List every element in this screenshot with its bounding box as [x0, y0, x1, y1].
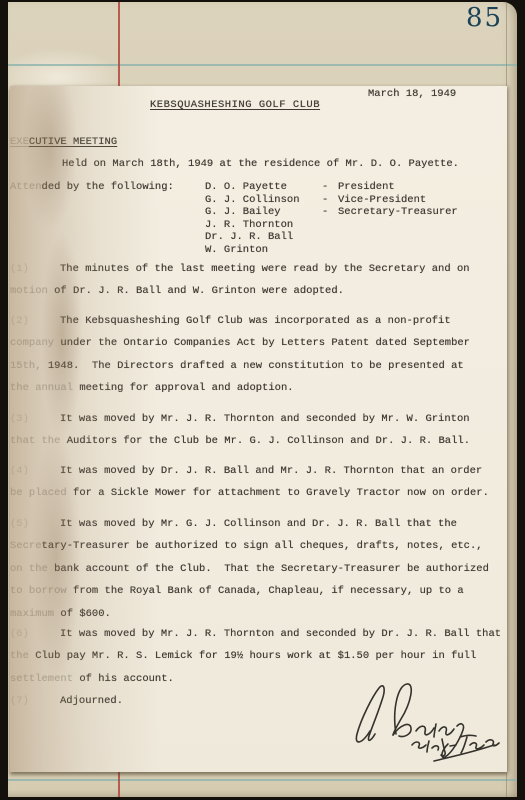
minute-line: (3)It was moved by Mr. J. R. Thornton an… — [10, 408, 507, 430]
minute-item: (4)It was moved by Dr. J. R. Ball and Mr… — [10, 460, 507, 505]
page-number: 85 — [466, 3, 503, 33]
line-text: of $600. — [54, 608, 111, 620]
faded-text: the annual — [10, 382, 73, 394]
margin-number: (6) — [10, 623, 29, 645]
line-text: of his account. — [73, 673, 174, 685]
faded-text: settlement — [10, 673, 73, 685]
minute-line: motion of Dr. J. R. Ball and W. Grinton … — [10, 280, 507, 302]
minute-line: maximum of $600. — [10, 603, 507, 625]
faded-text: motion — [10, 285, 48, 297]
line-text: tary-Treasurer be authorized to sign all… — [42, 540, 483, 552]
faded-text: that the — [10, 435, 60, 447]
line-text: It was moved by Mr. J. R. Thornton and s… — [60, 628, 501, 640]
attendee-row: W. Grinton — [205, 244, 458, 257]
faded-text: Secre — [10, 540, 42, 552]
attendee-dash: - — [322, 206, 338, 219]
intro-line: Held on March 18th, 1949 at the residenc… — [62, 158, 459, 171]
margin-number: (2) — [10, 310, 29, 332]
attendees-label: Attended by the following: — [10, 181, 174, 194]
faded-text: be placed — [10, 487, 67, 499]
margin-number: (7) — [10, 690, 29, 712]
minute-line: on the bank account of the Club. That th… — [10, 558, 507, 580]
attendee-role: Vice-President — [338, 194, 426, 206]
line-text: bank account of the Club. That the Secre… — [48, 563, 489, 575]
faded-text: 15th, — [10, 360, 42, 372]
scanned-minute-book: { "page_number": "85", "date": "March 18… — [0, 0, 525, 800]
minute-line: (1)The minutes of the last meeting were … — [10, 258, 507, 280]
line-text: of Dr. J. R. Ball and W. Grinton were ad… — [48, 285, 344, 297]
minute-line: to borrow from the Royal Bank of Canada,… — [10, 580, 507, 602]
minute-item: (2)The Kebsquasheshing Golf Club was inc… — [10, 310, 507, 400]
line-text: Adjourned. — [60, 695, 123, 707]
heading-visible-part: CUTIVE MEETING — [29, 136, 117, 148]
attendee-name: G. J. Collinson — [205, 194, 322, 207]
document-title: KEBSQUASHESHING GOLF CLUB — [150, 99, 320, 112]
minute-line: the Club pay Mr. R. S. Lemick for 19½ ho… — [10, 645, 507, 667]
attendee-row: Dr. J. R. Ball — [205, 231, 458, 244]
line-text: It was moved by Dr. J. R. Ball and Mr. J… — [60, 465, 482, 477]
signature-name-path — [356, 684, 463, 757]
line-text: Club pay Mr. R. S. Lemick for 19½ hours … — [29, 650, 476, 662]
typed-sheet: March 18, 1949 KEBSQUASHESHING GOLF CLUB… — [10, 86, 507, 772]
faded-text: on the — [10, 563, 48, 575]
minute-line: that the Auditors for the Club be Mr. G.… — [10, 430, 507, 452]
attendee-row: D. O. Payette-President — [205, 181, 458, 194]
line-text: The minutes of the last meeting were rea… — [60, 263, 470, 275]
ruled-line-bottom — [8, 779, 517, 781]
attendee-row: G. J. Collinson-Vice-President — [205, 194, 458, 207]
minute-line: 15th, 1948. The Directors drafted a new … — [10, 355, 507, 377]
line-text: The Kebsquasheshing Golf Club was incorp… — [60, 315, 451, 327]
minute-item: (5)It was moved by Mr. G. J. Collinson a… — [10, 513, 507, 625]
ruled-line-top — [8, 64, 517, 66]
faded-text: to borrow — [10, 585, 67, 597]
signature-title-path — [412, 735, 499, 761]
attendee-dash: - — [322, 194, 338, 207]
minute-line: Secretary-Treasurer be authorized to sig… — [10, 535, 507, 557]
margin-number: (5) — [10, 513, 29, 535]
attendee-name: Dr. J. R. Ball — [205, 231, 322, 244]
faded-text: maximum — [10, 608, 54, 620]
faded-text: company — [10, 337, 54, 349]
attendee-name: J. R. Thornton — [205, 219, 322, 232]
minute-line: (2)The Kebsquasheshing Golf Club was inc… — [10, 310, 507, 332]
attendee-role: President — [338, 181, 395, 193]
meeting-date: March 18, 1949 — [368, 88, 456, 101]
attendee-dash: - — [322, 181, 338, 194]
minute-line: (6)It was moved by Mr. J. R. Thornton an… — [10, 623, 507, 645]
minute-item: (3)It was moved by Mr. J. R. Thornton an… — [10, 408, 507, 453]
line-text: under the Ontario Companies Act by Lette… — [54, 337, 470, 349]
section-heading: EXECUTIVE MEETING — [10, 136, 117, 149]
faded-text: the — [10, 650, 29, 662]
attendee-row: J. R. Thornton — [205, 219, 458, 232]
line-text: 1948. The Directors drafted a new consti… — [42, 360, 464, 372]
attendees-label-faded: Atten — [10, 181, 42, 193]
attendee-name: D. O. Payette — [205, 181, 322, 194]
attendee-name: G. J. Bailey — [205, 206, 322, 219]
minute-line: company under the Ontario Companies Act … — [10, 332, 507, 354]
line-text: It was moved by Mr. G. J. Collinson and … — [60, 518, 457, 530]
margin-number: (4) — [10, 460, 29, 482]
line-text: It was moved by Mr. J. R. Thornton and s… — [60, 413, 470, 425]
minute-line: (5)It was moved by Mr. G. J. Collinson a… — [10, 513, 507, 535]
line-text: for a Sickle Mower for attachment to Gra… — [67, 487, 489, 499]
attendees-label-visible: ded by the following: — [42, 181, 174, 193]
attendee-role: Secretary-Treasurer — [338, 206, 458, 218]
minute-item: (1)The minutes of the last meeting were … — [10, 258, 507, 303]
line-text: Auditors for the Club be Mr. G. J. Colli… — [60, 435, 470, 447]
minute-line: (4)It was moved by Dr. J. R. Ball and Mr… — [10, 460, 507, 482]
secretary-signature — [348, 681, 500, 766]
minute-line: be placed for a Sickle Mower for attachm… — [10, 482, 507, 504]
line-text: from the Royal Bank of Canada, Chapleau,… — [67, 585, 464, 597]
margin-number: (1) — [10, 258, 29, 280]
heading-faded-part: EXE — [10, 136, 29, 148]
line-text: meeting for approval and adoption. — [73, 382, 294, 394]
minute-line: the annual meeting for approval and adop… — [10, 377, 507, 399]
attendee-name: W. Grinton — [205, 244, 322, 257]
attendee-row: G. J. Bailey-Secretary-Treasurer — [205, 206, 458, 219]
margin-number: (3) — [10, 408, 29, 430]
attendees-list: D. O. Payette-PresidentG. J. Collinson-V… — [205, 181, 458, 256]
